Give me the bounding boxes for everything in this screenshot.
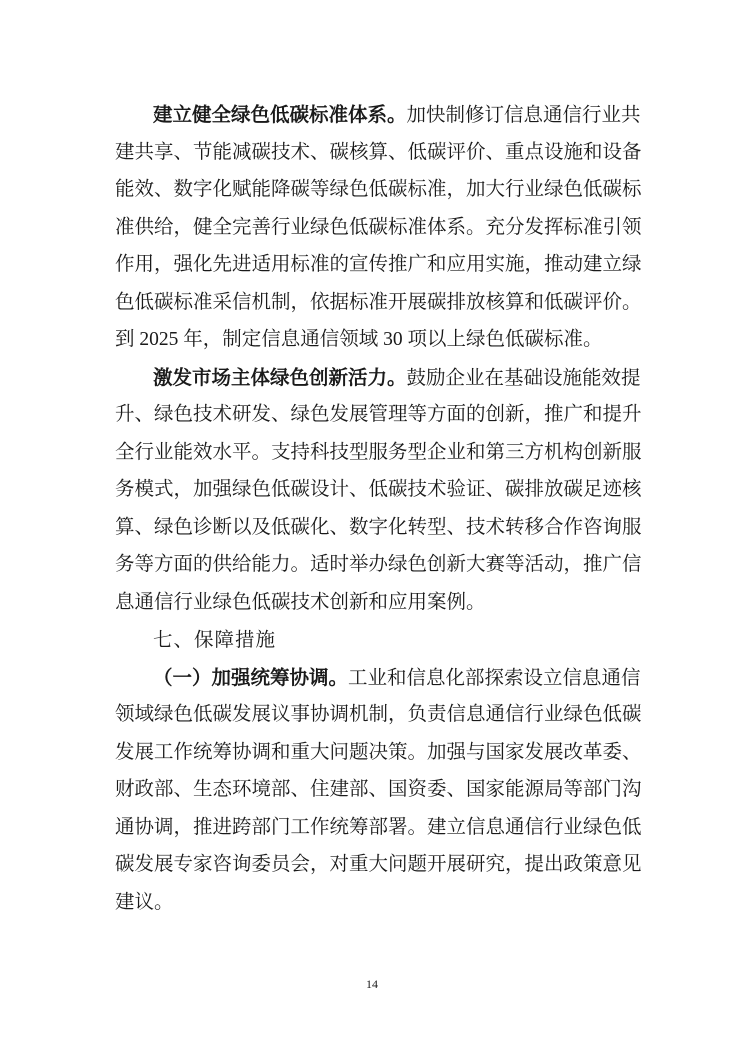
paragraph-line: 到 2025 年，制定信息通信领域 30 项以上绿色低碳标准。 — [115, 321, 632, 359]
paragraph-line: 务等方面的供给能力。适时举办绿色创新大赛等活动，推广信 — [115, 546, 632, 584]
paragraph-line: 能效、数字化赋能降碳等绿色低碳标准，加大行业绿色低碳标 — [115, 171, 632, 209]
paragraph-coordination: （一）加强统筹协调。工业和信息化部探索设立信息通信 领域绿色低碳发展议事协调机制… — [115, 659, 632, 922]
paragraph-line: 务模式，加强绿色低碳设计、低碳技术验证、碳排放碳足迹核 — [115, 471, 632, 509]
paragraph-line: 通协调，推进跨部门工作统筹部署。建立信息通信行业绿色低 — [115, 809, 632, 847]
paragraph-line: 激发市场主体绿色创新活力。鼓励企业在基础设施能效提 — [115, 359, 632, 397]
paragraph-line: 建议。 — [115, 884, 632, 922]
subsection-heading: （一）加强统筹协调。 — [153, 666, 348, 689]
paragraph-lead: 建立健全绿色低碳标准体系。 — [153, 103, 407, 126]
paragraph-line: 建共享、节能减碳技术、碳核算、低碳评价、重点设施和设备 — [115, 134, 632, 172]
paragraph-line: 领域绿色低碳发展议事协调机制，负责信息通信行业绿色低碳 — [115, 696, 632, 734]
line-text: 鼓励企业在基础设施能效提 — [407, 368, 641, 389]
paragraph-line: 碳发展专家咨询委员会，对重大问题开展研究，提出政策意见 — [115, 846, 632, 884]
body-text: 建立健全绿色低碳标准体系。加快制修订信息通信行业共 建共享、节能减碳技术、碳核算… — [115, 96, 632, 921]
document-page: 建立健全绿色低碳标准体系。加快制修订信息通信行业共 建共享、节能减碳技术、碳核算… — [0, 0, 744, 1052]
paragraph-line: 全行业能效水平。支持科技型服务型企业和第三方机构创新服 — [115, 434, 632, 472]
paragraph-lead: 激发市场主体绿色创新活力。 — [153, 366, 407, 389]
paragraph-line: 升、绿色技术研发、绿色发展管理等方面的创新，推广和提升 — [115, 396, 632, 434]
paragraph-line: 准供给，健全完善行业绿色低碳标准体系。充分发挥标准引领 — [115, 209, 632, 247]
paragraph-market-innovation: 激发市场主体绿色创新活力。鼓励企业在基础设施能效提 升、绿色技术研发、绿色发展管… — [115, 359, 632, 622]
line-text: 加快制修订信息通信行业共 — [407, 105, 641, 126]
paragraph-line: 财政部、生态环境部、住建部、国资委、国家能源局等部门沟 — [115, 771, 632, 809]
page-number: 14 — [0, 977, 744, 992]
paragraph-green-low-carbon-standards: 建立健全绿色低碳标准体系。加快制修订信息通信行业共 建共享、节能减碳技术、碳核算… — [115, 96, 632, 359]
paragraph-line: （一）加强统筹协调。工业和信息化部探索设立信息通信 — [115, 659, 632, 697]
paragraph-line: 作用，强化先进适用标准的宣传推广和应用实施，推动建立绿 — [115, 246, 632, 284]
line-text: 工业和信息化部探索设立信息通信 — [348, 668, 641, 689]
paragraph-line: 息通信行业绿色低碳技术创新和应用案例。 — [115, 584, 632, 622]
section-heading: 七、保障措施 — [115, 621, 632, 659]
paragraph-line: 算、绿色诊断以及低碳化、数字化转型、技术转移合作咨询服 — [115, 509, 632, 547]
paragraph-line: 发展工作统筹协调和重大问题决策。加强与国家发展改革委、 — [115, 734, 632, 772]
paragraph-line: 色低碳标准采信机制，依据标准开展碳排放核算和低碳评价。 — [115, 284, 632, 322]
paragraph-line: 建立健全绿色低碳标准体系。加快制修订信息通信行业共 — [115, 96, 632, 134]
